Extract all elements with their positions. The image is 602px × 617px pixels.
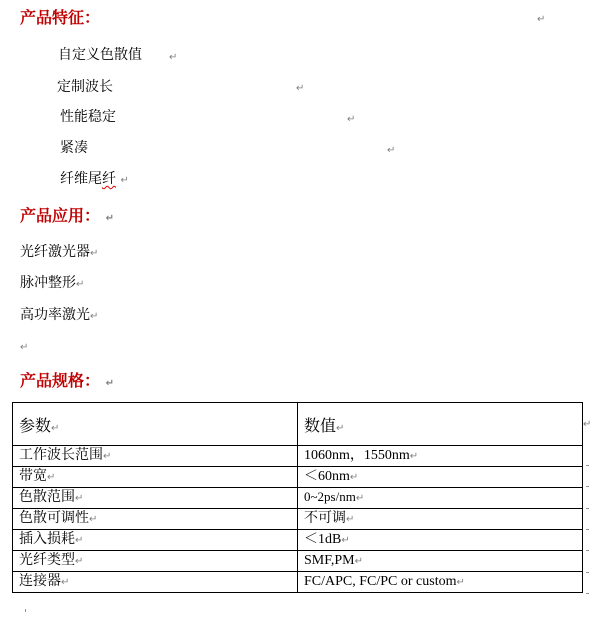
applications-heading-text: 产品应用： bbox=[20, 206, 100, 225]
param-text: 工作波长范围 bbox=[19, 447, 103, 463]
paragraph-mark-icon: ↵ bbox=[90, 248, 98, 259]
feature-item: 自定义色散值 bbox=[58, 46, 142, 64]
param-cell: 色散可调性↵ bbox=[13, 509, 298, 530]
value-text: ＜60nm bbox=[304, 469, 350, 484]
paragraph-mark-icon: ↵ bbox=[296, 83, 304, 94]
paragraph-mark-icon: ↵ bbox=[106, 213, 114, 224]
cell-mark-icon: ↵ bbox=[89, 514, 97, 525]
value-text: SMF,PM bbox=[304, 553, 355, 568]
feature-item: 性能稳定 bbox=[60, 108, 116, 126]
param-cell: 工作波长范围↵ bbox=[13, 446, 298, 467]
cell-mark-icon: ↵ bbox=[75, 556, 83, 567]
row-end-mark bbox=[586, 550, 589, 551]
value-text: ＜1dB bbox=[304, 532, 341, 547]
param-text: 色散可调性 bbox=[19, 510, 89, 526]
row-end-mark bbox=[586, 508, 589, 509]
value-text: 0~2ps/nm bbox=[304, 489, 356, 504]
table-row: 色散可调性↵ 不可调↵ bbox=[13, 509, 583, 530]
table-row: 连接器↵ FC/APC, FC/PC or custom↵ bbox=[13, 572, 583, 593]
cell-mark-icon: ↵ bbox=[75, 493, 83, 504]
specs-heading: 产品规格： ↵ bbox=[20, 371, 114, 394]
table-row: 带宽↵ ＜60nm↵ bbox=[13, 467, 583, 488]
value-text: FC/APC, FC/PC or custom bbox=[304, 574, 457, 589]
row-end-mark bbox=[586, 529, 589, 530]
application-item: 脉冲整形↵ bbox=[20, 274, 84, 294]
param-text: 带宽 bbox=[19, 468, 47, 484]
text-cursor-mark bbox=[25, 609, 26, 612]
table-row: 光纤类型↵ SMF,PM↵ bbox=[13, 551, 583, 572]
paragraph-mark-icon: ↵ bbox=[106, 378, 114, 389]
param-cell: 插入损耗↵ bbox=[13, 530, 298, 551]
cell-mark-icon: ↵ bbox=[61, 577, 69, 588]
value-cell: ＜60nm↵ bbox=[298, 467, 583, 488]
value-cell: 不可调↵ bbox=[298, 509, 583, 530]
value-cell: FC/APC, FC/PC or custom↵ bbox=[298, 572, 583, 593]
feature-item-text: 纤维尾纤 bbox=[60, 171, 116, 187]
application-item-text: 光纤激光器 bbox=[20, 244, 90, 260]
empty-paragraph-mark-icon: ↵ bbox=[20, 342, 28, 353]
spec-table: 参数↵ 数值↵ 工作波长范围↵ 1060nm，1550nm↵ 带宽↵ ＜60nm… bbox=[12, 402, 583, 593]
cell-mark-icon: ↵ bbox=[410, 451, 418, 462]
table-row: 插入损耗↵ ＜1dB↵ bbox=[13, 530, 583, 551]
table-row: 色散范围↵ 0~2ps/nm↵ bbox=[13, 488, 583, 509]
cell-mark-icon: ↵ bbox=[341, 535, 349, 546]
param-cell: 色散范围↵ bbox=[13, 488, 298, 509]
paragraph-mark-icon: ↵ bbox=[387, 145, 395, 156]
cell-mark-icon: ↵ bbox=[47, 472, 55, 483]
cell-mark-icon: ↵ bbox=[75, 535, 83, 546]
cell-mark-icon: ↵ bbox=[350, 472, 358, 483]
value-text: 1060nm，1550nm bbox=[304, 448, 410, 463]
paragraph-mark-icon: ↵ bbox=[537, 14, 545, 25]
paragraph-mark-icon: ↵ bbox=[76, 279, 84, 290]
applications-heading: 产品应用： ↵ bbox=[20, 206, 114, 229]
cell-mark-icon: ↵ bbox=[336, 423, 344, 434]
row-end-mark bbox=[586, 593, 589, 594]
cell-mark-icon: ↵ bbox=[51, 423, 59, 434]
specs-heading-text: 产品规格： bbox=[20, 371, 100, 390]
row-end-mark bbox=[586, 486, 589, 487]
value-text: 不可调 bbox=[304, 510, 346, 526]
param-text: 插入损耗 bbox=[19, 531, 75, 547]
value-cell: ＜1dB↵ bbox=[298, 530, 583, 551]
header-cell-param: 参数↵ bbox=[13, 403, 298, 446]
paragraph-mark-icon: ↵ bbox=[120, 175, 128, 186]
cell-mark-icon: ↵ bbox=[103, 451, 111, 462]
param-cell: 带宽↵ bbox=[13, 467, 298, 488]
features-heading: 产品特征： bbox=[20, 8, 100, 28]
paragraph-mark-icon: ↵ bbox=[169, 52, 177, 63]
spellcheck-underline: 纤 bbox=[102, 171, 116, 187]
paragraph-mark-icon: ↵ bbox=[347, 114, 355, 125]
cell-mark-icon: ↵ bbox=[346, 514, 354, 525]
cell-mark-icon: ↵ bbox=[355, 556, 363, 567]
paragraph-mark-icon: ↵ bbox=[90, 311, 98, 322]
table-row: 工作波长范围↵ 1060nm，1550nm↵ bbox=[13, 446, 583, 467]
header-param-text: 参数 bbox=[19, 416, 51, 435]
param-cell: 光纤类型↵ bbox=[13, 551, 298, 572]
application-item-text: 高功率激光 bbox=[20, 307, 90, 323]
value-cell: SMF,PM↵ bbox=[298, 551, 583, 572]
feature-item: 紧凑 bbox=[60, 139, 88, 157]
param-text: 色散范围 bbox=[19, 489, 75, 505]
param-cell: 连接器↵ bbox=[13, 572, 298, 593]
header-value-text: 数值 bbox=[304, 416, 336, 435]
row-end-mark bbox=[586, 465, 589, 466]
application-item-text: 脉冲整形 bbox=[20, 275, 76, 291]
row-end-mark bbox=[586, 572, 589, 573]
value-cell: 0~2ps/nm↵ bbox=[298, 488, 583, 509]
feature-item: 纤维尾纤 ↵ bbox=[60, 170, 129, 190]
header-cell-value: 数值↵ bbox=[298, 403, 583, 446]
value-cell: 1060nm，1550nm↵ bbox=[298, 446, 583, 467]
param-text: 光纤类型 bbox=[19, 552, 75, 568]
cell-mark-icon: ↵ bbox=[457, 577, 465, 588]
application-item: 光纤激光器↵ bbox=[20, 243, 98, 263]
row-end-mark-icon: ↵ bbox=[583, 419, 591, 430]
param-text: 连接器 bbox=[19, 573, 61, 589]
table-header-row: 参数↵ 数值↵ bbox=[13, 403, 583, 446]
cell-mark-icon: ↵ bbox=[356, 493, 364, 504]
feature-item: 定制波长 bbox=[57, 78, 113, 96]
application-item: 高功率激光↵ bbox=[20, 306, 98, 326]
